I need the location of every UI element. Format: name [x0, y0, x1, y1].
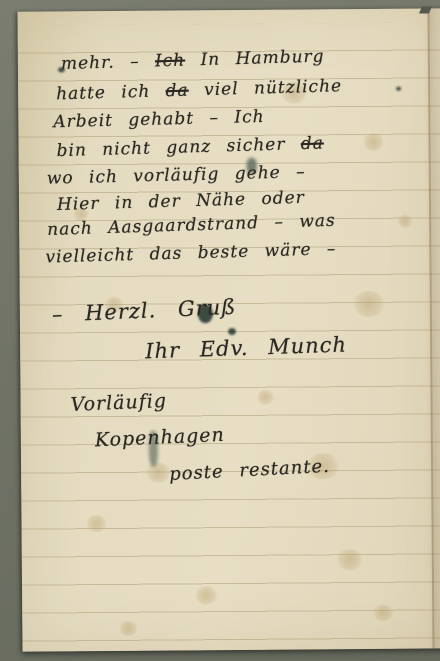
handwriting-segment: In Hamburg [200, 47, 325, 71]
handwriting-segment: mehr. – [61, 52, 140, 74]
handwriting-segment: viel nützliche [204, 76, 343, 100]
handwriting-segment-struck: Ich [155, 51, 186, 72]
handwriting-segment: Vorläufig [70, 390, 167, 416]
letter-page: mehr. – Ich In Hamburg hatte ich da viel… [17, 8, 440, 651]
foxing-stain [336, 549, 364, 570]
foxing-stain [85, 515, 107, 532]
foxing-stain [194, 586, 218, 604]
handwriting-segment-struck: da [165, 81, 189, 102]
foxing-stain [352, 291, 386, 317]
foxing-stain [118, 621, 138, 636]
handwriting-segment-struck: da [301, 133, 325, 154]
address-line-1: Vorläufig [70, 390, 167, 416]
photo-background: mehr. – Ich In Hamburg hatte ich da viel… [0, 0, 440, 661]
ink-blot [228, 328, 236, 335]
foxing-stain [256, 390, 274, 405]
foxing-stain [145, 462, 171, 482]
ink-blot [396, 87, 401, 91]
foxing-stain [372, 605, 394, 621]
foxing-stain [397, 215, 413, 228]
foxing-stain [362, 133, 384, 151]
handwriting-segment: hatte ich [56, 82, 151, 105]
